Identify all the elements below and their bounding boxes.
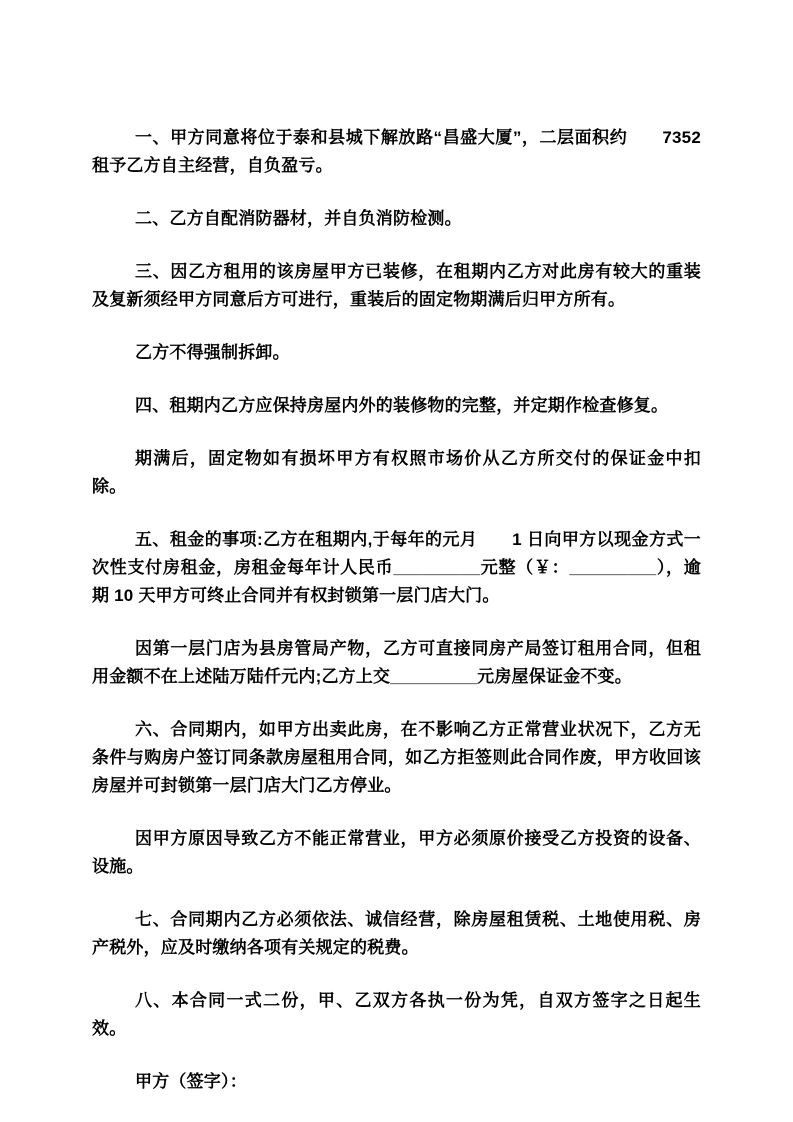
contract-clause-3-note: 乙方不得强制拆卸。 <box>92 339 701 367</box>
contract-clause-8: 八、本合同一式二份，甲、乙双方各执一份为凭，自双方签字之日起生效。 <box>92 987 701 1043</box>
contract-clause-7: 七、合同期内乙方必须依法、诚信经营，除房屋租赁税、土地使用税、房产税外，应及时缴… <box>92 906 701 962</box>
contract-clause-4: 四、租期内乙方应保持房屋内外的装修物的完整，并定期作检查修复。 <box>92 392 701 420</box>
contract-clause-2: 二、乙方自配消防器材，并自负消防检测。 <box>92 205 701 233</box>
contract-clause-3: 三、因乙方租用的该房屋甲方已装修，在租期内乙方对此房有较大的重装及复新须经甲方同… <box>92 258 701 314</box>
contract-clause-5: 五、租金的事项:乙方在租期内,于每年的元月 1 日向甲方以现金方式一次性支付房租… <box>92 526 701 610</box>
contract-clause-5-note: 因第一层门店为县房管局产物，乙方可直接同房产局签订租用合同，但租用金额不在上述陆… <box>92 635 701 691</box>
contract-clause-6: 六、合同期内，如甲方出卖此房，在不影响乙方正常营业状况下，乙方无条件与购房户签订… <box>92 716 701 800</box>
contract-clause-6-note: 因甲方原因导致乙方不能正常营业，甲方必须原价接受乙方投资的设备、设施。 <box>92 825 701 881</box>
document-page: 一、甲方同意将位于泰和县城下解放路“昌盛大厦”，二层面积约 7352 租予乙方自… <box>0 0 793 1122</box>
contract-clause-4-note: 期满后，固定物如有损坏甲方有权照市场价从乙方所交付的保证金中扣除。 <box>92 445 701 501</box>
party-a-signature-label: 甲方（签字）： <box>92 1068 701 1096</box>
contract-clause-1: 一、甲方同意将位于泰和县城下解放路“昌盛大厦”，二层面积约 7352 租予乙方自… <box>92 124 701 180</box>
